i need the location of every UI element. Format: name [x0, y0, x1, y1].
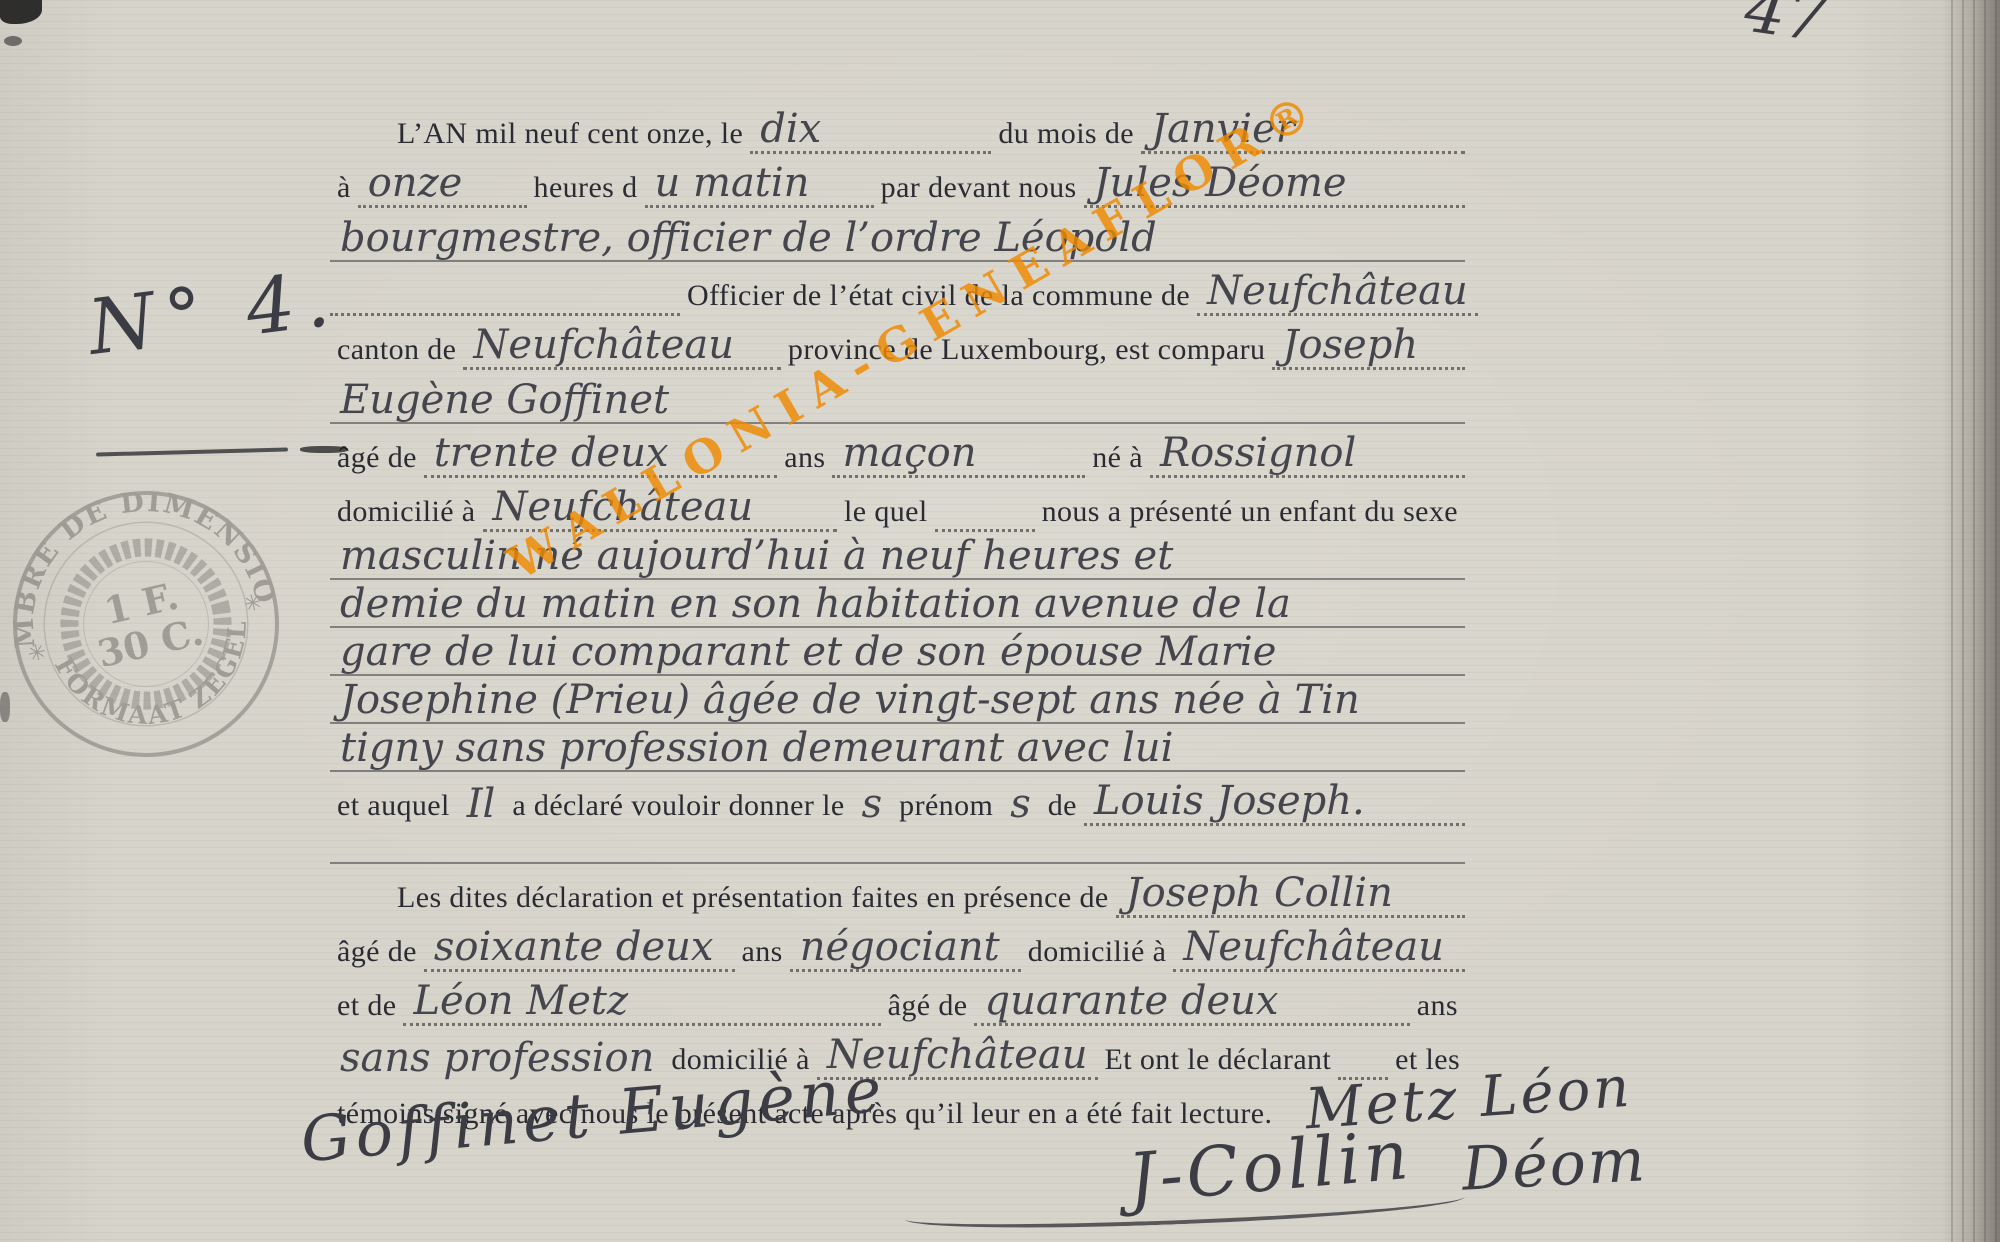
handwritten-entry: [330, 312, 680, 316]
handwritten-entry: onze: [358, 163, 527, 208]
printed-form-text: et auquel: [330, 789, 457, 826]
handwritten-entry: Joseph: [1272, 325, 1465, 370]
handwritten-entry: sans profession: [330, 1038, 664, 1080]
act-line: et deLéon Metzâgé dequarante deuxans: [330, 972, 1465, 1026]
ink-smudge: [4, 36, 22, 46]
printed-form-text: domicilié à: [330, 495, 483, 532]
printed-form-text: et de: [330, 989, 403, 1026]
handwritten-entry: Neufchâteau: [1173, 927, 1465, 972]
printed-form-text: ans: [777, 441, 832, 478]
act-line: sans professiondomicilié àNeufchâteauEt …: [330, 1026, 1465, 1080]
printed-form-text: âgé de: [330, 935, 424, 972]
handwritten-entry: Neufchâteau: [1197, 271, 1478, 316]
handwritten-entry: Rossignol: [1150, 433, 1465, 478]
printed-form-text: L’AN mil neuf cent onze, le: [390, 117, 750, 154]
printed-form-text: le quel: [837, 495, 935, 532]
ink-smudge: [300, 446, 348, 453]
handwritten-entry: Louis Joseph.: [1084, 781, 1465, 826]
act-line: demie du matin en son habitation avenue …: [330, 580, 1465, 628]
handwritten-entry: dix: [750, 109, 991, 154]
handwritten-entry: Joseph Collin: [1116, 873, 1465, 918]
printed-form-text: du mois de: [991, 117, 1141, 154]
printed-form-text: domicilié à: [1021, 935, 1174, 972]
printed-form-text: de: [1041, 789, 1084, 826]
handwritten-entry: s: [1000, 784, 1041, 826]
act-line: tigny sans profession demeurant avec lui: [330, 724, 1465, 772]
handwritten-entry: tigny sans profession demeurant avec lui: [330, 728, 1465, 772]
revenue-stamp: TIMBRE DE DIMENSION FORMAAT ZEGEL 1 F. 3…: [0, 461, 309, 787]
printed-form-text: a déclaré vouloir donner le: [505, 789, 851, 826]
act-line: bourgmestre, officier de l’ordre Léopold: [330, 208, 1465, 262]
printed-form-text: ans: [1410, 989, 1465, 1026]
act-line: Les dites déclaration et présentation fa…: [330, 864, 1465, 918]
act-line: [330, 826, 1465, 864]
act-line: Josephine (Prieu) âgée de vingt-sept ans…: [330, 676, 1465, 724]
handwritten-entry: Neufchâteau: [463, 325, 781, 370]
act-line: âgé detrente deuxansmaçonné àRossignol: [330, 424, 1465, 478]
handwritten-entry: Il: [457, 784, 506, 826]
page-number: 47: [1740, 0, 1831, 57]
document-page: 47 N° 4. TIMBRE DE DIMENSION FORMAAT ZEG…: [0, 0, 2000, 1242]
handwritten-entry: Josephine (Prieu) âgée de vingt-sept ans…: [330, 680, 1465, 724]
ink-smudge: [0, 0, 42, 24]
page-binding-edge: [1942, 0, 2000, 1242]
act-body: L’AN mil neuf cent onze, ledixdu mois de…: [330, 100, 1465, 1134]
printed-form-text: ans: [735, 935, 790, 972]
act-line: domicilié àNeufchâteaule quelnous a prés…: [330, 478, 1465, 532]
handwritten-entry: Eugène Goffinet: [330, 380, 1465, 424]
act-line: Eugène Goffinet: [330, 370, 1465, 424]
handwritten-entry: quarante deux: [974, 981, 1409, 1026]
printed-form-text: à: [330, 171, 358, 208]
handwritten-entry: s: [852, 784, 893, 826]
handwritten-entry: maçon: [832, 433, 1085, 478]
act-line: et auquelIla déclaré vouloir donner lesp…: [330, 772, 1465, 826]
act-line: àonzeheures du matinpar devant nousJules…: [330, 154, 1465, 208]
handwritten-entry: gare de lui comparant et de son épouse M…: [330, 632, 1465, 676]
printed-form-text: par devant nous: [874, 171, 1084, 208]
printed-form-text: né à: [1085, 441, 1150, 478]
printed-form-text: canton de: [330, 333, 463, 370]
handwritten-entry: [935, 528, 1035, 532]
handwritten-entry: demie du matin en son habitation avenue …: [330, 584, 1465, 628]
printed-form-text: âgé de: [881, 989, 975, 1026]
printed-form-text: Les dites déclaration et présentation fa…: [390, 881, 1116, 918]
margin-act-number: N° 4.: [84, 253, 344, 372]
handwritten-entry: Léon Metz: [403, 981, 880, 1026]
handwritten-entry: [330, 861, 1465, 864]
act-line: gare de lui comparant et de son épouse M…: [330, 628, 1465, 676]
signature-bourgmestre: Déom: [1460, 1125, 1648, 1205]
margin-rule: [96, 447, 288, 456]
act-line: masculin né aujourd’hui à neuf heures et: [330, 532, 1465, 580]
handwritten-entry: bourgmestre, officier de l’ordre Léopold: [330, 218, 1465, 262]
printed-form-text: prénom: [892, 789, 1000, 826]
act-line: âgé desoixante deuxansnégociantdomicilié…: [330, 918, 1465, 972]
ink-smudge: [0, 692, 10, 722]
handwritten-entry: u matin: [645, 163, 874, 208]
handwritten-entry: négociant: [790, 927, 1021, 972]
act-line: Officier de l’état civil de la commune d…: [330, 262, 1465, 316]
printed-form-text: nous a présenté un enfant du sexe: [1035, 495, 1465, 532]
printed-form-text: Et ont le déclarant: [1098, 1043, 1339, 1080]
handwritten-entry: soixante deux: [424, 927, 735, 972]
printed-form-text: heures d: [527, 171, 645, 208]
